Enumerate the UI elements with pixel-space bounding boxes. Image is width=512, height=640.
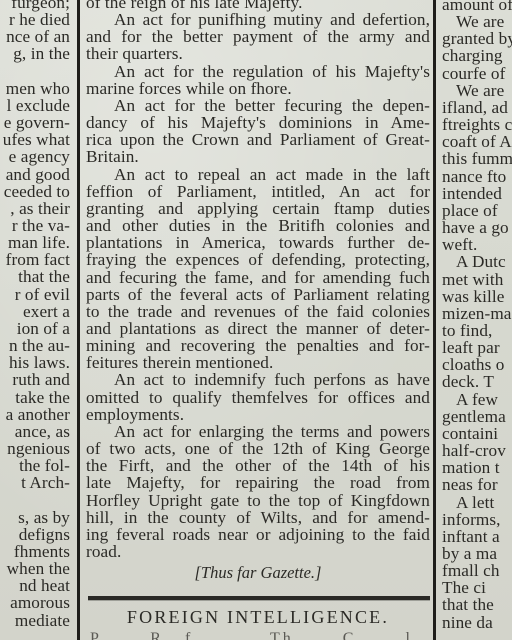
- text-line: by a ma: [440, 545, 512, 562]
- text-line: neas for: [440, 476, 512, 493]
- text-line: mining and recovering the penalties and …: [86, 337, 430, 354]
- text-line: nance fto: [440, 168, 512, 185]
- text-line: An act to indemnify fuch perfons as have: [86, 371, 430, 388]
- text-line: exert a: [0, 303, 72, 320]
- text-line: have a go: [440, 219, 512, 236]
- text-line: , as their: [0, 200, 72, 217]
- column-rule-left: [77, 0, 80, 640]
- text-line: e govern-: [0, 114, 72, 131]
- text-line: gentlema: [440, 408, 512, 425]
- text-line: t Arch-: [0, 474, 72, 491]
- text-line: weft.: [440, 236, 512, 253]
- act-paragraph: An act for the regulation of his Majefty…: [86, 63, 430, 97]
- text-line: leaft par: [440, 339, 512, 356]
- newspaper-page: furgeon;r he diednce of ang, in themen w…: [0, 0, 512, 640]
- text-line: deck. T: [440, 373, 512, 390]
- text-line: met with: [440, 271, 512, 288]
- text-line: [0, 492, 72, 509]
- text-line: place of: [440, 202, 512, 219]
- text-line: their quarters.: [86, 45, 430, 62]
- gazette-sign-off: [Thus far Gazette.]: [86, 563, 430, 583]
- text-line: An act for enlarging the terms and power…: [86, 423, 430, 440]
- text-line: An act to repeal an act made in the laft: [86, 166, 430, 183]
- text-line: that the: [440, 596, 512, 613]
- text-line: We are: [440, 13, 512, 30]
- text-line: charging: [440, 47, 512, 64]
- text-line: employments.: [86, 406, 430, 423]
- section-heading-foreign-intelligence: FOREIGN INTELLIGENCE.: [86, 607, 430, 628]
- text-line: his laws.: [0, 354, 72, 371]
- act-paragraph: An act to indemnify fuch perfons as have…: [86, 371, 430, 422]
- text-line: of two acts, one of the 12th of King Geo…: [86, 440, 430, 457]
- text-line: dancy of his Majefty's dominions in Ame-: [86, 114, 430, 131]
- text-line: mizen-ma: [440, 305, 512, 322]
- text-line: We are: [440, 82, 512, 99]
- text-line: omitted to qualify themfelves for office…: [86, 389, 430, 406]
- text-line: amorous: [0, 594, 72, 611]
- text-line: to the trade and revenues of the faid co…: [86, 303, 430, 320]
- act-paragraph: An act for enlarging the terms and power…: [86, 423, 430, 560]
- middle-column: of the reign of his late Majefty.An act …: [86, 0, 430, 640]
- right-column-text: amount ofWe aregranted bychargingcourfe …: [440, 0, 512, 631]
- text-line: ngenious: [0, 440, 72, 457]
- text-line: mediate: [0, 612, 72, 629]
- text-line: mation t: [440, 459, 512, 476]
- text-line: An act for the better fecuring the depen…: [86, 97, 430, 114]
- text-line: defigns: [0, 526, 72, 543]
- text-line: e agency: [0, 148, 72, 165]
- text-line: n the au-: [0, 337, 72, 354]
- text-line: ion of a: [0, 320, 72, 337]
- text-line: and fecuring the fame, and for amending …: [86, 269, 430, 286]
- text-line: ing feveral roads near or adjoining to t…: [86, 526, 430, 543]
- text-line: cloaths o: [440, 356, 512, 373]
- text-line: when the: [0, 560, 72, 577]
- text-line: l exclude: [0, 97, 72, 114]
- text-line: containi: [440, 425, 512, 442]
- text-line: take the: [0, 389, 72, 406]
- text-line: A Dutc: [440, 253, 512, 270]
- text-line: feitures therein mentioned.: [86, 354, 430, 371]
- text-line: A few: [440, 391, 512, 408]
- text-line: feffion of Parliament, intitled, An act …: [86, 183, 430, 200]
- act-paragraph: An act for the better fecuring the depen…: [86, 97, 430, 166]
- text-line: hill, in the county of Wilts, and for am…: [86, 509, 430, 526]
- text-line: fhments: [0, 543, 72, 560]
- section-divider-rule: [88, 596, 430, 600]
- text-line: Britain.: [86, 148, 430, 165]
- text-line: intended: [440, 185, 512, 202]
- text-line: man life.: [0, 234, 72, 251]
- text-line: ftreights c: [440, 116, 512, 133]
- text-line: fraying the expences of defending, prote…: [86, 251, 430, 268]
- text-line: r he died: [0, 11, 72, 28]
- text-line: A lett: [440, 494, 512, 511]
- text-line: informs,: [440, 511, 512, 528]
- text-line: the fol-: [0, 457, 72, 474]
- text-line: r the va-: [0, 217, 72, 234]
- text-line: road.: [86, 543, 430, 560]
- text-line: courfe of: [440, 65, 512, 82]
- text-line: [0, 63, 72, 80]
- text-line: from fact: [0, 251, 72, 268]
- text-line: that the: [0, 268, 72, 285]
- text-line: granting and applying certain ftamp duti…: [86, 200, 430, 217]
- text-line: ruth and: [0, 371, 72, 388]
- text-line: was kille: [440, 288, 512, 305]
- text-line: rica upon the Crown and Parliament of Gr…: [86, 131, 430, 148]
- text-line: parts of the feveral acts of Parliament …: [86, 286, 430, 303]
- text-line: coaft of A: [440, 133, 512, 150]
- text-line: An act for punifhing mutiny and defertio…: [86, 11, 430, 28]
- act-paragraph: An act for punifhing mutiny and defertio…: [86, 11, 430, 62]
- left-column-text: furgeon;r he diednce of ang, in themen w…: [0, 0, 72, 629]
- text-line: this fumm: [440, 150, 512, 167]
- text-line: inftant a: [440, 528, 512, 545]
- text-line: and other duties in the Britifh colonies…: [86, 217, 430, 234]
- text-line: Horfley Upright gate to the top of Kingf…: [86, 492, 430, 509]
- text-line: a another: [0, 406, 72, 423]
- right-column: amount ofWe aregranted bychargingcourfe …: [440, 0, 512, 640]
- left-column: furgeon;r he diednce of ang, in themen w…: [0, 0, 74, 640]
- text-line: and plantations as direct the manner of …: [86, 320, 430, 337]
- text-line: ceeded to: [0, 183, 72, 200]
- text-line: marine forces while on fhore.: [86, 80, 430, 97]
- text-line: s, as by: [0, 509, 72, 526]
- text-line: An act for the regulation of his Majefty…: [86, 63, 430, 80]
- text-line: to find,: [440, 322, 512, 339]
- text-line: nce of an: [0, 28, 72, 45]
- column-rule-right: [433, 0, 436, 640]
- text-line: fmall ch: [440, 562, 512, 579]
- text-line: and for the better payment of the army a…: [86, 28, 430, 45]
- text-line: ifland, ad: [440, 99, 512, 116]
- text-line: half-crov: [440, 442, 512, 459]
- text-line: nine da: [440, 614, 512, 631]
- text-line: ufes what: [0, 131, 72, 148]
- text-line: and good: [0, 166, 72, 183]
- next-line-fragment: P . . . R . f . . . . . Th . . . C . . .…: [90, 630, 430, 640]
- act-paragraph: An act to repeal an act made in the laft…: [86, 166, 430, 372]
- text-line: nd heat: [0, 577, 72, 594]
- text-line: r of evil: [0, 286, 72, 303]
- text-line: granted by: [440, 30, 512, 47]
- text-line: The ci: [440, 579, 512, 596]
- text-line: the Firft, and the other of the 14th of …: [86, 457, 430, 474]
- text-line: men who: [0, 80, 72, 97]
- text-line: late Majefty, for repairing the road fro…: [86, 474, 430, 491]
- text-line: plantations in America, towards further …: [86, 234, 430, 251]
- text-line: ance, as: [0, 423, 72, 440]
- middle-column-text: of the reign of his late Majefty.An act …: [86, 0, 430, 560]
- text-line: g, in the: [0, 45, 72, 62]
